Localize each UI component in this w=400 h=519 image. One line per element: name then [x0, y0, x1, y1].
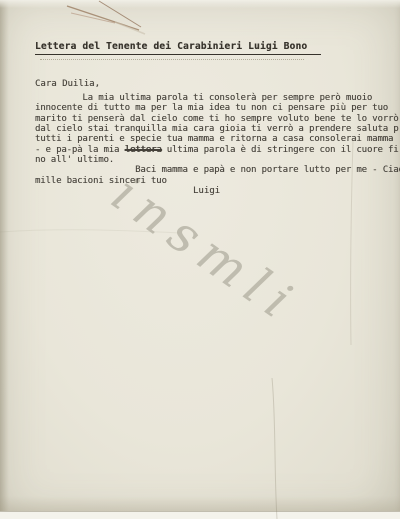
faded-dotted-line	[40, 51, 304, 60]
body-line: innocente di tutto ma per la mia idea tu…	[35, 103, 400, 113]
letter-page: insmli Lettera del Tenente dei Carabinie…	[0, 0, 400, 519]
paper-crease-lines	[0, 0, 400, 519]
letter-body: La mia ultima parola ti consolerà per se…	[35, 93, 400, 186]
body-line: Baci mamma e papà e non portare lutto pe…	[35, 165, 400, 175]
paper-bottom-shading	[0, 496, 400, 512]
body-line: tutti i parenti e specie tua mamma e rit…	[35, 134, 400, 144]
struck-word: lettera	[125, 145, 162, 155]
signature: Luigi	[193, 186, 220, 196]
body-line: mille bacioni sinceri tuo	[35, 176, 400, 186]
paper-top-edge-highlight	[0, 0, 400, 8]
body-line: marito ti penserà dal cielo come ti ho s…	[35, 114, 400, 124]
salutation: Cara Duilia,	[35, 79, 100, 89]
paper-left-edge-shading	[0, 0, 9, 519]
body-line: no all' ultimo.	[35, 155, 400, 165]
paper-tear-mark	[55, 0, 165, 40]
paper-bottom-edge	[0, 511, 400, 519]
body-line: - e pa-pà la mia lettera ultima parola è…	[35, 145, 400, 155]
body-line: La mia ultima parola ti consolerà per se…	[35, 93, 400, 103]
body-line: dal cielo stai tranquilla mia cara gioia…	[35, 124, 400, 134]
